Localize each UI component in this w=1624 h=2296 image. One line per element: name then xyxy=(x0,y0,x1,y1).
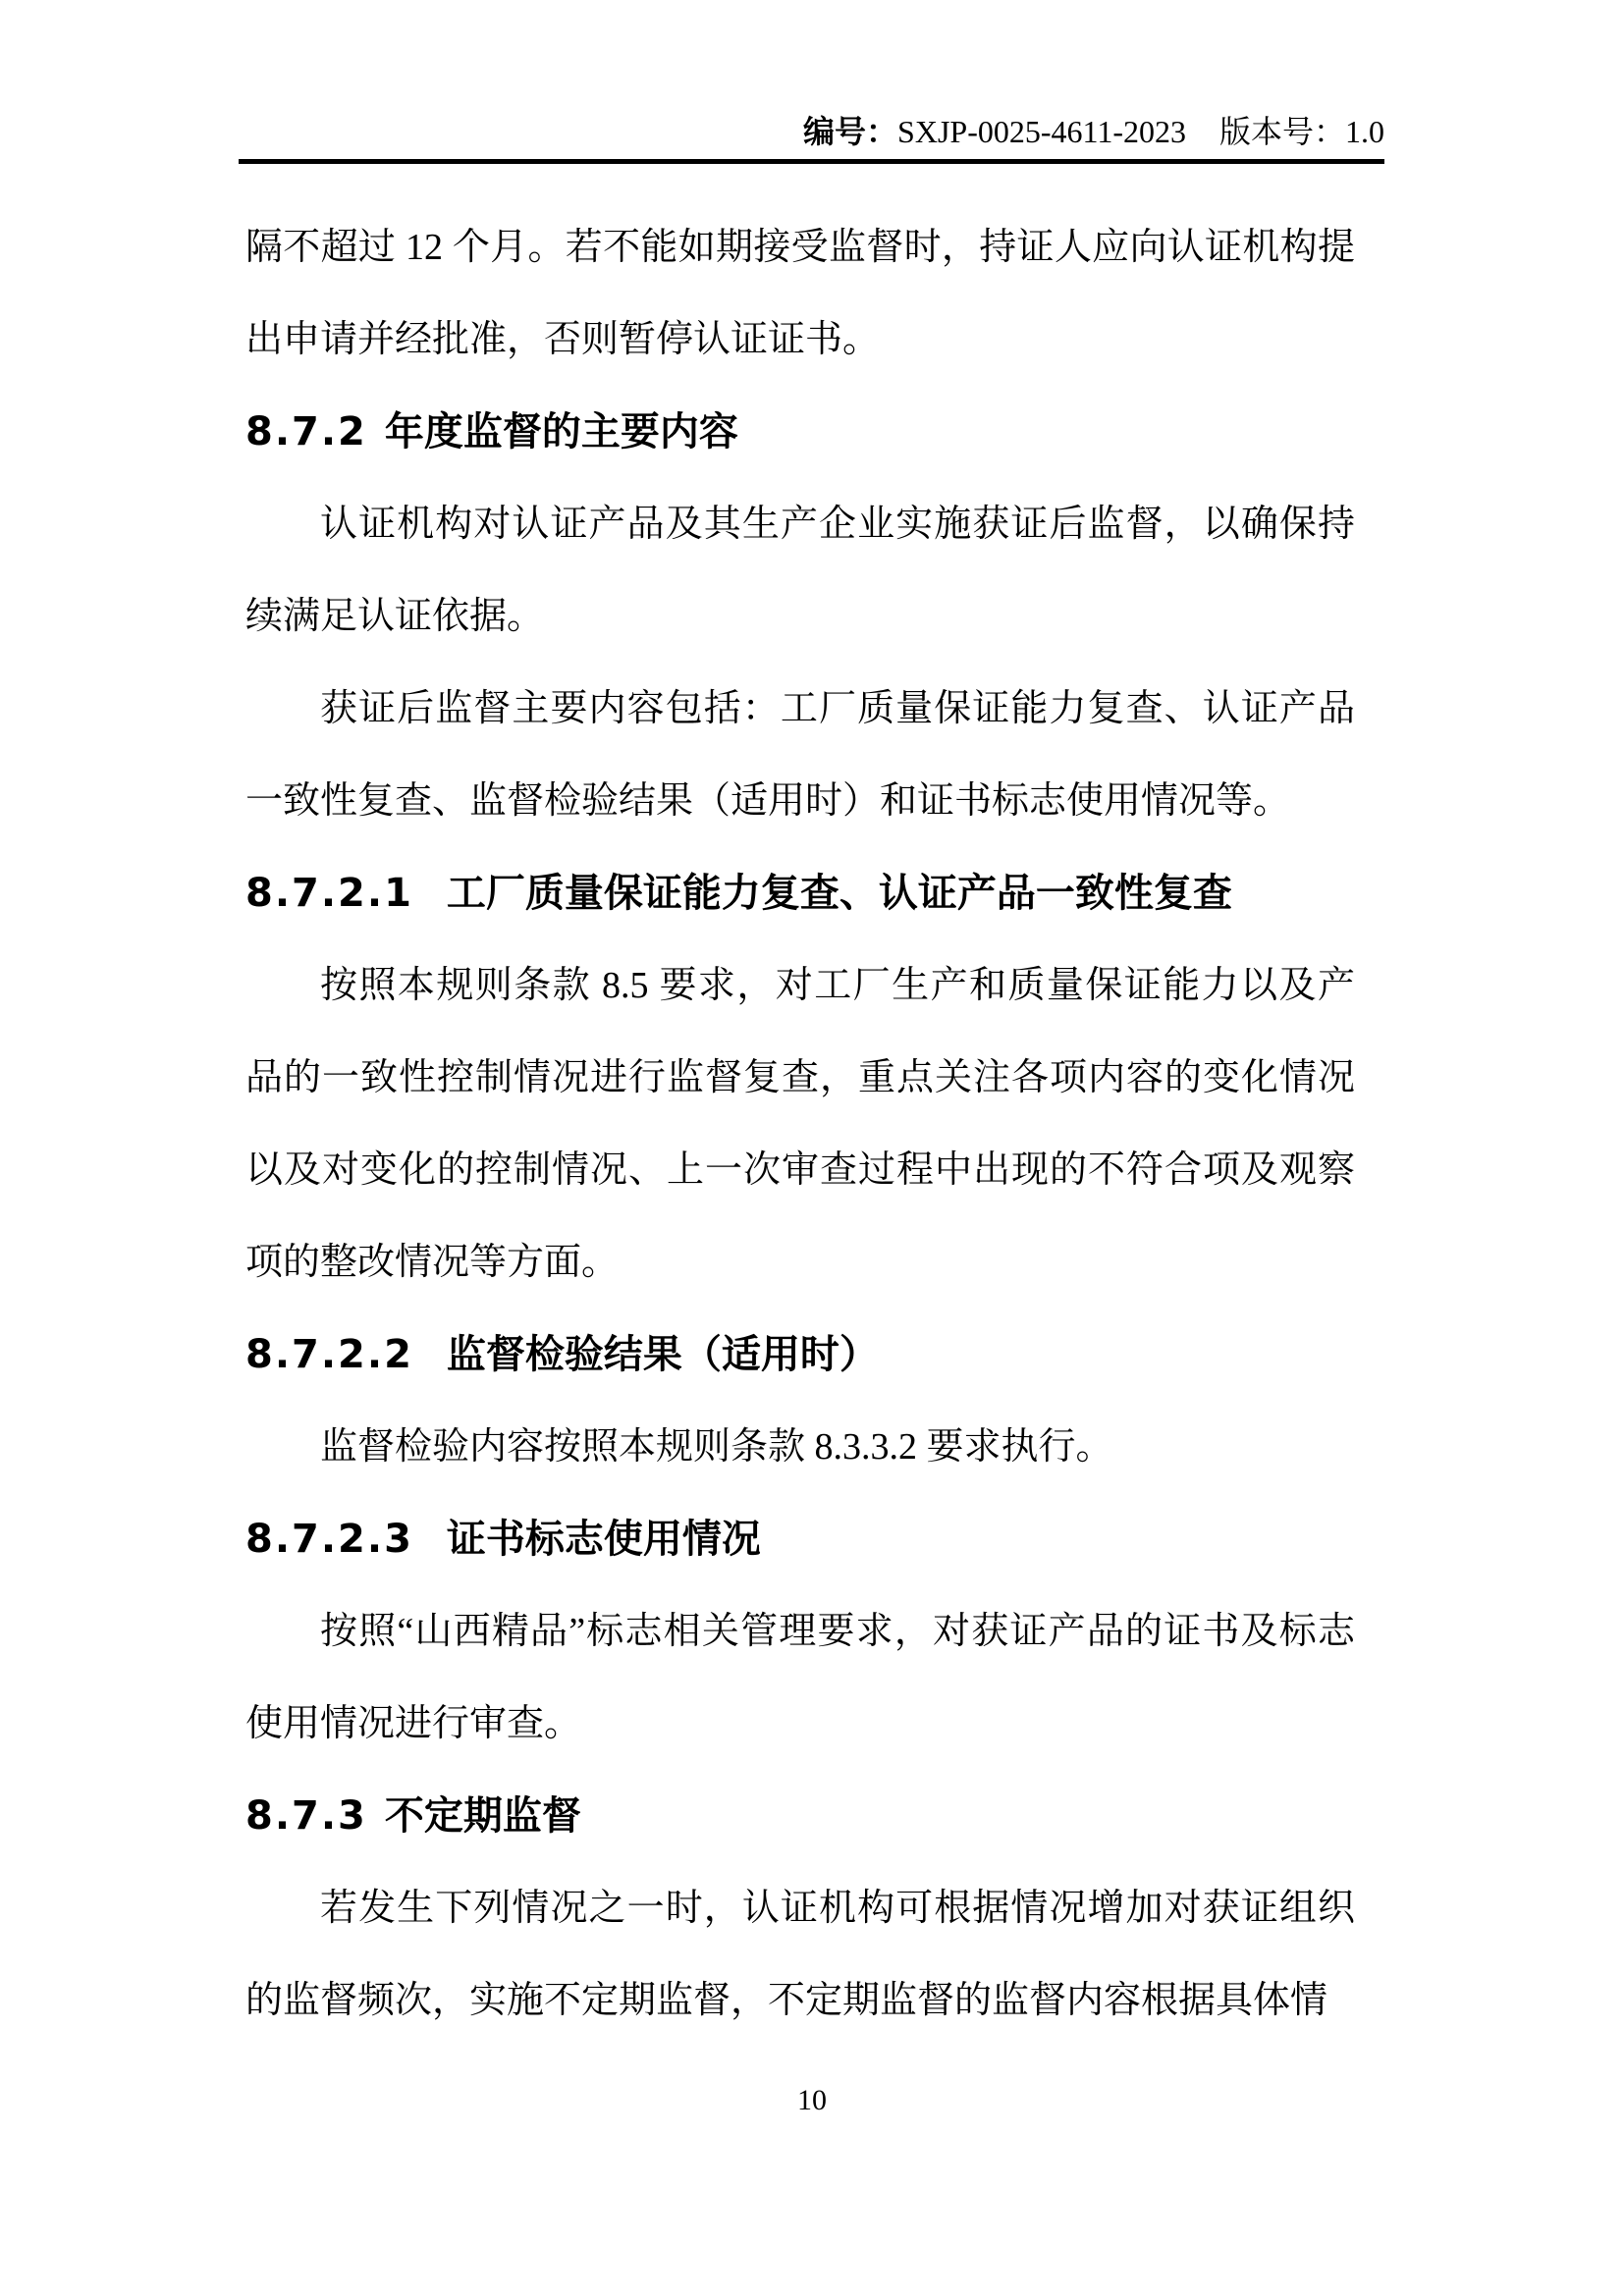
paragraph-post-cert-supervision: 认证机构对认证产品及其生产企业实施获证后监督，以确保持续满足认证依据。 xyxy=(245,478,1355,663)
heading-number: 8.7.2.3 xyxy=(245,1517,413,1562)
heading-title: 不定期监督 xyxy=(385,1793,581,1839)
paragraph-mark-usage-review: 按照“山西精品”标志相关管理要求，对获证产品的证书及标志使用情况进行审查。 xyxy=(245,1585,1355,1770)
heading-8-7-2-annual-supervision: 8.7.2年度监督的主要内容 xyxy=(245,386,1355,478)
paragraph-inspection-rule: 监督检验内容按照本规则条款 8.3.3.2 要求执行。 xyxy=(245,1401,1355,1493)
version-value: 1.0 xyxy=(1345,114,1384,150)
paragraph-supervision-interval: 隔不超过 12 个月。若不能如期接受监督时，持证人应向认证机构提出申请并经批准，… xyxy=(245,201,1355,386)
heading-number: 8.7.2.2 xyxy=(245,1332,413,1377)
document-body: 隔不超过 12 个月。若不能如期接受监督时，持证人应向认证机构提出申请并经批准，… xyxy=(245,201,1355,2047)
heading-8-7-2-2-inspection-results: 8.7.2.2监督检验结果（适用时） xyxy=(245,1308,1355,1401)
heading-number: 8.7.3 xyxy=(245,1793,367,1839)
heading-title: 监督检验结果（适用时） xyxy=(447,1332,879,1377)
heading-title: 年度监督的主要内容 xyxy=(385,409,738,454)
heading-title: 证书标志使用情况 xyxy=(447,1517,761,1562)
version-label: 版本号： xyxy=(1219,114,1345,150)
doc-number-value: SXJP-0025-4611-2023 xyxy=(897,114,1186,150)
heading-8-7-3-irregular-supervision: 8.7.3不定期监督 xyxy=(245,1770,1355,1862)
heading-number: 8.7.2 xyxy=(245,409,367,454)
paragraph-factory-review-detail: 按照本规则条款 8.5 要求，对工厂生产和质量保证能力以及产品的一致性控制情况进… xyxy=(245,939,1355,1308)
paragraph-irregular-supervision: 若发生下列情况之一时，认证机构可根据情况增加对获证组织的监督频次，实施不定期监督… xyxy=(245,1862,1355,2047)
heading-number: 8.7.2.1 xyxy=(245,871,413,916)
page-footer: 10 xyxy=(0,2083,1624,2118)
document-page: 编号：SXJP-0025-4611-2023版本号：1.0 隔不超过 12 个月… xyxy=(0,0,1624,2296)
paragraph-supervision-scope: 获证后监督主要内容包括：工厂质量保证能力复查、认证产品一致性复查、监督检验结果（… xyxy=(245,663,1355,847)
page-header: 编号：SXJP-0025-4611-2023版本号：1.0 xyxy=(239,0,1384,164)
page-number: 10 xyxy=(797,2084,827,2116)
doc-number-label: 编号： xyxy=(803,114,897,150)
heading-8-7-2-3-certificate-mark-usage: 8.7.2.3证书标志使用情况 xyxy=(245,1493,1355,1585)
heading-8-7-2-1-factory-review: 8.7.2.1工厂质量保证能力复查、认证产品一致性复查 xyxy=(245,847,1355,939)
heading-title: 工厂质量保证能力复查、认证产品一致性复查 xyxy=(447,871,1232,916)
